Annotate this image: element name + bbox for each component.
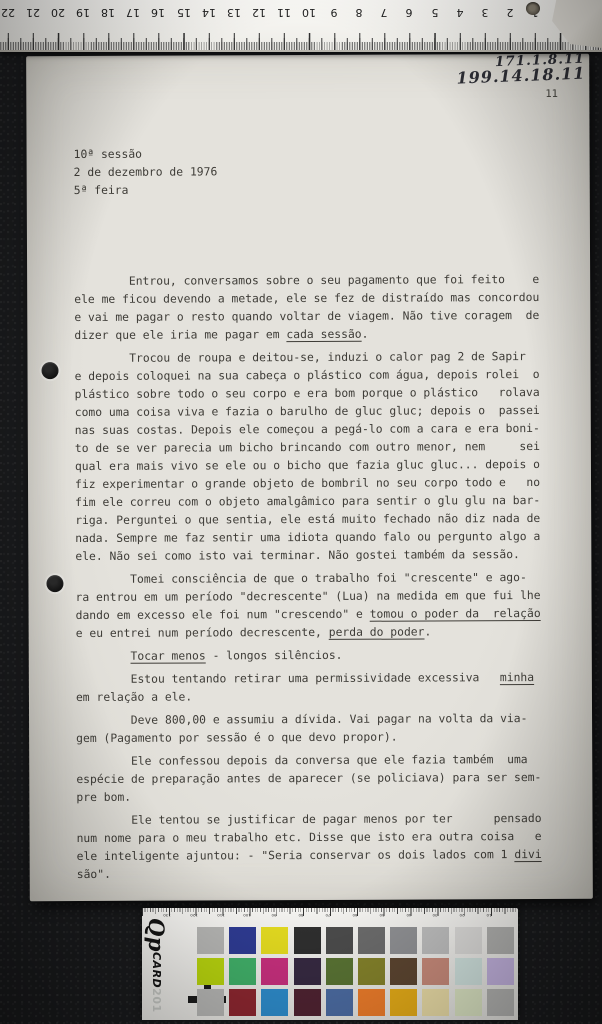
typed-line: 5ª feira — [74, 179, 539, 199]
document-page: 171.1.8.11 199.14.18.11 11 10ª sessão2 d… — [26, 54, 593, 901]
color-swatch — [261, 989, 288, 1016]
typed-line: Entrou, conversamos sobre o seu pagament… — [74, 270, 539, 290]
card-ruler-number: 20 — [460, 913, 465, 918]
card-ruler-number: 50 — [379, 913, 384, 918]
punch-hole — [46, 575, 63, 592]
card-ruler: 130120110100908070605040302010 — [142, 908, 518, 920]
ruler-number: 15 — [177, 6, 191, 19]
color-swatch — [358, 958, 385, 985]
underlined-text: perda do poder — [329, 624, 425, 638]
session-header: 10ª sessão2 de dezembro de 19765ª feira — [74, 143, 539, 199]
color-swatch — [455, 989, 482, 1016]
typed-line: Trocou de roupa e deitou-se, induzi o ca… — [74, 347, 539, 367]
color-swatch — [229, 989, 256, 1016]
color-swatch — [455, 958, 482, 985]
card-ruler-number: 100 — [244, 913, 251, 918]
color-swatch — [390, 927, 417, 954]
underlined-text: Tocar menos — [130, 648, 205, 662]
paragraph: Estou tentando retirar uma permissividad… — [76, 668, 541, 706]
card-ruler-number: 30 — [433, 913, 438, 918]
card-ruler-number: 130 — [163, 913, 170, 918]
color-swatch — [261, 927, 288, 954]
color-swatch — [487, 958, 514, 985]
typed-line: ele. Não sei como isto vai terminar. Não… — [75, 545, 540, 565]
color-swatch — [197, 958, 224, 985]
typed-line: espécie de preparação antes de aparecer … — [76, 768, 541, 788]
typed-line: qual era mais vivo se ele ou o bicho que… — [75, 455, 540, 475]
ruler-number: 7 — [381, 6, 388, 19]
color-swatch — [197, 989, 224, 1016]
ruler-number: 10 — [302, 6, 316, 19]
color-swatch — [294, 927, 321, 954]
underlined-text: minha — [500, 670, 534, 684]
typed-line: Estou tentando retirar uma permissividad… — [76, 668, 541, 688]
handwritten-line: 199.14.18.11 — [456, 66, 585, 88]
card-ruler-number: 80 — [299, 913, 304, 918]
ruler-number: 20 — [51, 6, 65, 19]
ruler-number: 18 — [101, 6, 115, 19]
ruler-number: 6 — [406, 6, 413, 19]
swatch-grid — [197, 927, 519, 1016]
ruler-number: 17 — [126, 6, 140, 19]
color-swatch — [487, 989, 514, 1016]
punch-hole — [41, 362, 58, 379]
paragraph: Deve 800,00 e assumiu a dívida. Vai paga… — [76, 709, 541, 747]
color-swatch — [390, 989, 417, 1016]
underlined-text: cada sessão — [286, 327, 361, 341]
ruler-number: 5 — [431, 6, 438, 19]
paragraph: Ele tentou se justificar de pagar menos … — [76, 809, 541, 883]
card-ruler-number: 60 — [352, 913, 357, 918]
ruler-number: 16 — [151, 6, 165, 19]
ruler-number: 13 — [227, 6, 241, 19]
brand-qp: Qp — [144, 918, 169, 952]
ruler-number: 4 — [456, 6, 463, 19]
session-notes: Entrou, conversamos sobre o seu pagament… — [74, 270, 542, 883]
handwritten-catalog-numbers: 171.1.8.11 199.14.18.11 — [456, 52, 586, 88]
color-swatch — [422, 989, 449, 1016]
paragraph: Entrou, conversamos sobre o seu pagament… — [74, 270, 539, 344]
ruler-hole — [526, 2, 540, 15]
card-ruler-number: 120 — [190, 913, 197, 918]
color-swatch — [197, 927, 224, 954]
typed-line: nada. Sempre me faz sentir uma idiota qu… — [75, 527, 540, 547]
color-calibration-card: 130120110100908070605040302010 QpCARD201 — [142, 908, 518, 1020]
typewritten-text: 10ª sessão2 de dezembro de 19765ª feira … — [73, 107, 542, 919]
typed-line: gem (Pagamento por sessão é o que devo p… — [76, 727, 541, 747]
color-swatch — [326, 989, 353, 1016]
color-swatch — [455, 927, 482, 954]
card-ruler-number: 70 — [325, 913, 330, 918]
ruler-number: 22 — [1, 6, 15, 19]
typed-line: fim ele correu com o objeto amalgâmico p… — [75, 491, 540, 511]
typed-line: num nome para o meu trabalho etc. Disse … — [77, 827, 542, 847]
typed-line: Tocar menos - longos silêncios. — [76, 645, 541, 665]
brand-card: CARD — [150, 952, 163, 988]
typed-line: pre bom. — [76, 786, 541, 806]
ruler-number: 9 — [331, 6, 338, 19]
card-ruler-number: 40 — [406, 913, 411, 918]
card-brand-logo: QpCARD201 — [146, 918, 167, 1013]
typed-line: ele me ficou devendo a metade, ele se fe… — [74, 288, 539, 308]
typed-line: são". — [77, 863, 542, 883]
color-swatch — [229, 927, 256, 954]
typed-line: Deve 800,00 e assumiu a dívida. Vai paga… — [76, 709, 541, 729]
typed-line: e vai me pagar o resto quando voltar de … — [74, 306, 539, 326]
color-swatch — [294, 958, 321, 985]
paragraph: Trocou de roupa e deitou-se, induzi o ca… — [74, 347, 540, 565]
color-swatch — [422, 927, 449, 954]
card-ruler-number: 10 — [487, 913, 492, 918]
paragraph: Ele confessou depois da conversa que ele… — [76, 750, 541, 806]
typed-line: e eu entrei num período decrescente, per… — [76, 622, 541, 642]
typed-line: to de se ver parecia um bicho brincando … — [75, 437, 540, 457]
card-ruler-number: 110 — [217, 913, 224, 918]
color-swatch — [422, 958, 449, 985]
color-swatch — [229, 958, 256, 985]
ruler-number: 3 — [481, 6, 488, 19]
typed-line: e depois coloquei na sua cabeça o plásti… — [75, 365, 540, 385]
typed-line: Ele tentou se justificar de pagar menos … — [76, 809, 541, 829]
typed-line: fiz experimentar o grande objeto de bomb… — [75, 473, 540, 493]
paragraph: Tomei consciência de que o trabalho foi … — [75, 568, 540, 642]
typed-line: em relação a ele. — [76, 686, 541, 706]
typed-line: dando em excesso ele foi num "crescendo"… — [76, 604, 541, 624]
ruler: 012345678910111213141516171819202122 — [0, 0, 602, 52]
typed-line: 2 de dezembro de 1976 — [74, 161, 539, 181]
ruler-number: 11 — [277, 6, 291, 19]
color-swatch — [294, 989, 321, 1016]
underlined-text: tomou o poder da relação — [370, 606, 541, 621]
typed-line: Tomei consciência de que o trabalho foi … — [75, 568, 540, 588]
typed-line: ele inteligente ajuntou: - "Seria conser… — [77, 845, 542, 865]
photo-scene: 012345678910111213141516171819202122 171… — [0, 0, 602, 1024]
paragraph: Tocar menos - longos silêncios. — [76, 645, 541, 665]
color-swatch — [326, 958, 353, 985]
card-ruler-number: 90 — [272, 913, 277, 918]
underlined-text: divi — [514, 847, 541, 861]
color-swatch — [358, 989, 385, 1016]
ruler-number: 19 — [76, 6, 90, 19]
page-number: 11 — [545, 88, 558, 100]
typed-line: como uma coisa viva e fazia o barulho de… — [75, 401, 540, 421]
typed-line: 10ª sessão — [74, 143, 539, 163]
ruler-number: 21 — [26, 6, 40, 19]
brand-serial: 201 — [150, 988, 163, 1012]
color-swatch — [487, 927, 514, 954]
ruler-number: 12 — [252, 6, 266, 19]
typed-line: ra entrou em um período "decrescente" (L… — [75, 586, 540, 606]
ruler-number: 14 — [202, 6, 216, 19]
ruler-number: 2 — [506, 6, 513, 19]
typed-line: riga. Perguntei o que sentia, ele está m… — [75, 509, 540, 529]
color-swatch — [261, 958, 288, 985]
color-swatch — [358, 927, 385, 954]
typed-line: Ele confessou depois da conversa que ele… — [76, 750, 541, 770]
typed-line: dizer que ele iria me pagar em cada sess… — [74, 324, 539, 344]
color-swatch — [326, 927, 353, 954]
ruler-number: 8 — [356, 6, 363, 19]
typed-line: plástico sobre todo o seu corpo e era bo… — [75, 383, 540, 403]
color-swatch — [390, 958, 417, 985]
typed-line: nas suas costas. Depois ele começou a pe… — [75, 419, 540, 439]
